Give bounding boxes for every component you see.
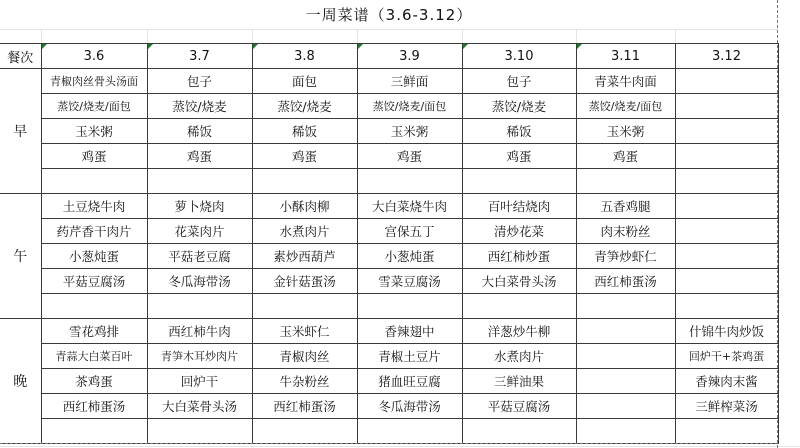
menu-cell[interactable]	[462, 169, 576, 194]
date-header[interactable]: 3.6	[41, 44, 147, 69]
menu-cell[interactable]: 玉米粥	[41, 119, 147, 144]
menu-cell[interactable]: 香辣翅中	[357, 319, 462, 344]
menu-cell[interactable]: 蒸饺/烧麦/面包	[357, 94, 462, 119]
menu-cell[interactable]: 花菜肉片	[147, 219, 252, 244]
menu-cell[interactable]: 青椒土豆片	[357, 344, 462, 369]
menu-cell[interactable]	[147, 294, 252, 319]
menu-cell[interactable]: 大白菜烧牛肉	[357, 194, 462, 219]
menu-cell[interactable]: 平菇豆腐汤	[462, 394, 576, 419]
menu-cell[interactable]: 香辣肉末酱	[675, 369, 778, 394]
menu-cell[interactable]: 洋葱炒牛柳	[462, 319, 576, 344]
menu-cell[interactable]	[576, 319, 675, 344]
menu-cell[interactable]: 鸡蛋	[357, 144, 462, 169]
comment-marker-icon	[577, 44, 582, 49]
comment-marker-icon	[358, 44, 363, 49]
menu-cell[interactable]	[675, 94, 778, 119]
menu-cell[interactable]	[41, 294, 147, 319]
menu-cell[interactable]: 包子	[462, 69, 576, 94]
menu-cell[interactable]: 西红柿蛋汤	[252, 394, 357, 419]
menu-cell[interactable]: 鸡蛋	[576, 144, 675, 169]
date-header[interactable]: 3.8	[252, 44, 357, 69]
menu-cell[interactable]	[357, 169, 462, 194]
menu-cell[interactable]: 茶鸡蛋	[41, 369, 147, 394]
menu-cell[interactable]: 水煮肉片	[462, 344, 576, 369]
menu-cell[interactable]	[252, 294, 357, 319]
menu-cell[interactable]: 稀饭	[252, 119, 357, 144]
menu-cell[interactable]	[252, 169, 357, 194]
menu-cell[interactable]	[41, 169, 147, 194]
menu-cell[interactable]: 什锦牛肉炒饭	[675, 319, 778, 344]
menu-cell[interactable]: 大白菜骨头汤	[147, 394, 252, 419]
menu-cell[interactable]	[675, 244, 778, 269]
menu-cell[interactable]: 土豆烧牛肉	[41, 194, 147, 219]
page-title: 一周菜谱（3.6-3.12）	[0, 0, 778, 29]
menu-cell[interactable]	[576, 369, 675, 394]
menu-cell[interactable]: 金针菇蛋汤	[252, 269, 357, 294]
meal-label[interactable]: 晚	[0, 319, 41, 444]
menu-cell[interactable]	[576, 169, 675, 194]
menu-cell[interactable]	[576, 344, 675, 369]
menu-cell[interactable]: 面包	[252, 69, 357, 94]
menu-cell[interactable]: 鸡蛋	[462, 144, 576, 169]
menu-cell[interactable]	[576, 419, 675, 444]
menu-cell[interactable]	[675, 269, 778, 294]
table-row	[0, 169, 778, 194]
meal-column-header[interactable]: 餐次	[0, 44, 41, 69]
menu-cell[interactable]: 平菇豆腐汤	[41, 269, 147, 294]
meal-label[interactable]: 午	[0, 194, 41, 319]
menu-cell[interactable]	[147, 419, 252, 444]
menu-cell[interactable]	[675, 294, 778, 319]
menu-cell[interactable]	[675, 219, 778, 244]
meal-label[interactable]: 早	[0, 69, 41, 194]
table-row: 茶鸡蛋回炉干牛杂粉丝猪血旺豆腐三鲜油果香辣肉末酱	[0, 369, 778, 394]
menu-cell[interactable]: 西红柿蛋汤	[41, 394, 147, 419]
menu-cell[interactable]: 肉末粉丝	[576, 219, 675, 244]
date-header[interactable]: 3.11	[576, 44, 675, 69]
date-header[interactable]: 3.10	[462, 44, 576, 69]
menu-cell[interactable]: 蒸饺/烧麦/面包	[576, 94, 675, 119]
menu-cell[interactable]: 猪血旺豆腐	[357, 369, 462, 394]
menu-cell[interactable]: 青蒜大白菜百叶	[41, 344, 147, 369]
menu-cell[interactable]: 青笋炒虾仁	[576, 244, 675, 269]
menu-cell[interactable]	[576, 394, 675, 419]
menu-cell[interactable]: 稀饭	[462, 119, 576, 144]
menu-cell[interactable]: 西红柿炒蛋	[462, 244, 576, 269]
menu-cell[interactable]: 蒸饺/烧麦	[462, 94, 576, 119]
table-row: 蒸饺/烧麦/面包蒸饺/烧麦蒸饺/烧麦蒸饺/烧麦/面包蒸饺/烧麦蒸饺/烧麦/面包	[0, 94, 778, 119]
table-row: 午土豆烧牛肉萝卜烧肉小酥肉柳大白菜烧牛肉百叶结烧肉五香鸡腿	[0, 194, 778, 219]
menu-cell[interactable]	[462, 419, 576, 444]
menu-cell[interactable]	[462, 294, 576, 319]
menu-cell[interactable]: 稀饭	[147, 119, 252, 144]
menu-cell[interactable]: 西红柿蛋汤	[576, 269, 675, 294]
menu-cell[interactable]: 玉米虾仁	[252, 319, 357, 344]
menu-cell[interactable]: 蒸饺/烧麦/面包	[41, 94, 147, 119]
date-header[interactable]: 3.9	[357, 44, 462, 69]
menu-cell[interactable]: 水煮肉片	[252, 219, 357, 244]
comment-marker-icon	[42, 44, 47, 49]
menu-cell[interactable]: 玉米粥	[357, 119, 462, 144]
menu-cell[interactable]	[675, 194, 778, 219]
menu-cell[interactable]: 鸡蛋	[41, 144, 147, 169]
page-break-horizontal	[0, 443, 778, 444]
menu-cell[interactable]: 萝卜烧肉	[147, 194, 252, 219]
table-row: 早青椒肉丝骨头汤面包子面包三鲜面包子青菜牛肉面	[0, 69, 778, 94]
menu-cell[interactable]: 青笋木耳炒肉片	[147, 344, 252, 369]
menu-cell[interactable]: 雪菜豆腐汤	[357, 269, 462, 294]
header-row: 餐次 3.6 3.7 3.8 3.9 3.10 3.11 3.12	[0, 44, 778, 69]
menu-cell[interactable]	[357, 294, 462, 319]
table-row: 晚雪花鸡排西红柿牛肉玉米虾仁香辣翅中洋葱炒牛柳什锦牛肉炒饭	[0, 319, 778, 344]
menu-cell[interactable]: 宫保五丁	[357, 219, 462, 244]
menu-cell[interactable]: 三鲜面	[357, 69, 462, 94]
comment-marker-icon	[463, 44, 468, 49]
menu-cell[interactable]: 蒸饺/烧麦	[252, 94, 357, 119]
menu-cell[interactable]	[252, 419, 357, 444]
table-row: 鸡蛋鸡蛋鸡蛋鸡蛋鸡蛋鸡蛋	[0, 144, 778, 169]
table-row: 西红柿蛋汤大白菜骨头汤西红柿蛋汤冬瓜海带汤平菇豆腐汤三鲜榨菜汤	[0, 394, 778, 419]
menu-cell[interactable]: 青椒肉丝	[252, 344, 357, 369]
menu-cell[interactable]: 三鲜榨菜汤	[675, 394, 778, 419]
menu-cell[interactable]: 冬瓜海带汤	[357, 394, 462, 419]
menu-cell[interactable]: 平菇老豆腐	[147, 244, 252, 269]
menu-cell[interactable]: 小葱炖蛋	[357, 244, 462, 269]
menu-cell[interactable]	[675, 119, 778, 144]
menu-cell[interactable]	[147, 169, 252, 194]
weekly-menu-table: 餐次 3.6 3.7 3.8 3.9 3.10 3.11 3.12 早青椒肉丝骨…	[0, 43, 779, 444]
menu-cell[interactable]: 雪花鸡排	[41, 319, 147, 344]
menu-cell[interactable]: 玉米粥	[576, 119, 675, 144]
table-row: 青蒜大白菜百叶青笋木耳炒肉片青椒肉丝青椒土豆片水煮肉片回炉干+茶鸡蛋	[0, 344, 778, 369]
menu-cell[interactable]: 青椒肉丝骨头汤面	[41, 69, 147, 94]
menu-cell[interactable]	[675, 69, 778, 94]
menu-cell[interactable]: 小酥肉柳	[252, 194, 357, 219]
menu-cell[interactable]: 蒸饺/烧麦	[147, 94, 252, 119]
date-header[interactable]: 3.12	[675, 44, 778, 69]
menu-cell[interactable]: 三鲜油果	[462, 369, 576, 394]
table-row	[0, 419, 778, 444]
table-row: 药芹香干肉片花菜肉片水煮肉片宫保五丁清炒花菜肉末粉丝	[0, 219, 778, 244]
menu-cell[interactable]: 素炒西葫芦	[252, 244, 357, 269]
table-row: 玉米粥稀饭稀饭玉米粥稀饭玉米粥	[0, 119, 778, 144]
menu-cell[interactable]: 牛杂粉丝	[252, 369, 357, 394]
comment-marker-icon	[148, 44, 153, 49]
menu-cell[interactable]: 小葱炖蛋	[41, 244, 147, 269]
page-break-vertical	[777, 0, 778, 448]
table-row: 平菇豆腐汤冬瓜海带汤金针菇蛋汤雪菜豆腐汤大白菜骨头汤西红柿蛋汤	[0, 269, 778, 294]
table-row	[0, 294, 778, 319]
menu-cell[interactable]: 包子	[147, 69, 252, 94]
menu-cell[interactable]: 药芹香干肉片	[41, 219, 147, 244]
menu-cell[interactable]	[576, 294, 675, 319]
menu-cell[interactable]: 五香鸡腿	[576, 194, 675, 219]
menu-cell[interactable]: 百叶结烧肉	[462, 194, 576, 219]
menu-cell[interactable]: 回炉干	[147, 369, 252, 394]
menu-cell[interactable]	[41, 419, 147, 444]
menu-cell[interactable]: 清炒花菜	[462, 219, 576, 244]
menu-cell[interactable]	[675, 169, 778, 194]
menu-cell[interactable]: 鸡蛋	[252, 144, 357, 169]
menu-cell[interactable]: 青菜牛肉面	[576, 69, 675, 94]
date-header[interactable]: 3.7	[147, 44, 252, 69]
menu-cell[interactable]: 鸡蛋	[147, 144, 252, 169]
menu-cell[interactable]	[675, 144, 778, 169]
menu-cell[interactable]: 回炉干+茶鸡蛋	[675, 344, 778, 369]
menu-cell[interactable]: 大白菜骨头汤	[462, 269, 576, 294]
comment-marker-icon	[253, 44, 258, 49]
menu-cell[interactable]	[675, 419, 778, 444]
table-row: 小葱炖蛋平菇老豆腐素炒西葫芦小葱炖蛋西红柿炒蛋青笋炒虾仁	[0, 244, 778, 269]
menu-cell[interactable]: 冬瓜海带汤	[147, 269, 252, 294]
menu-cell[interactable]	[357, 419, 462, 444]
menu-cell[interactable]: 西红柿牛肉	[147, 319, 252, 344]
